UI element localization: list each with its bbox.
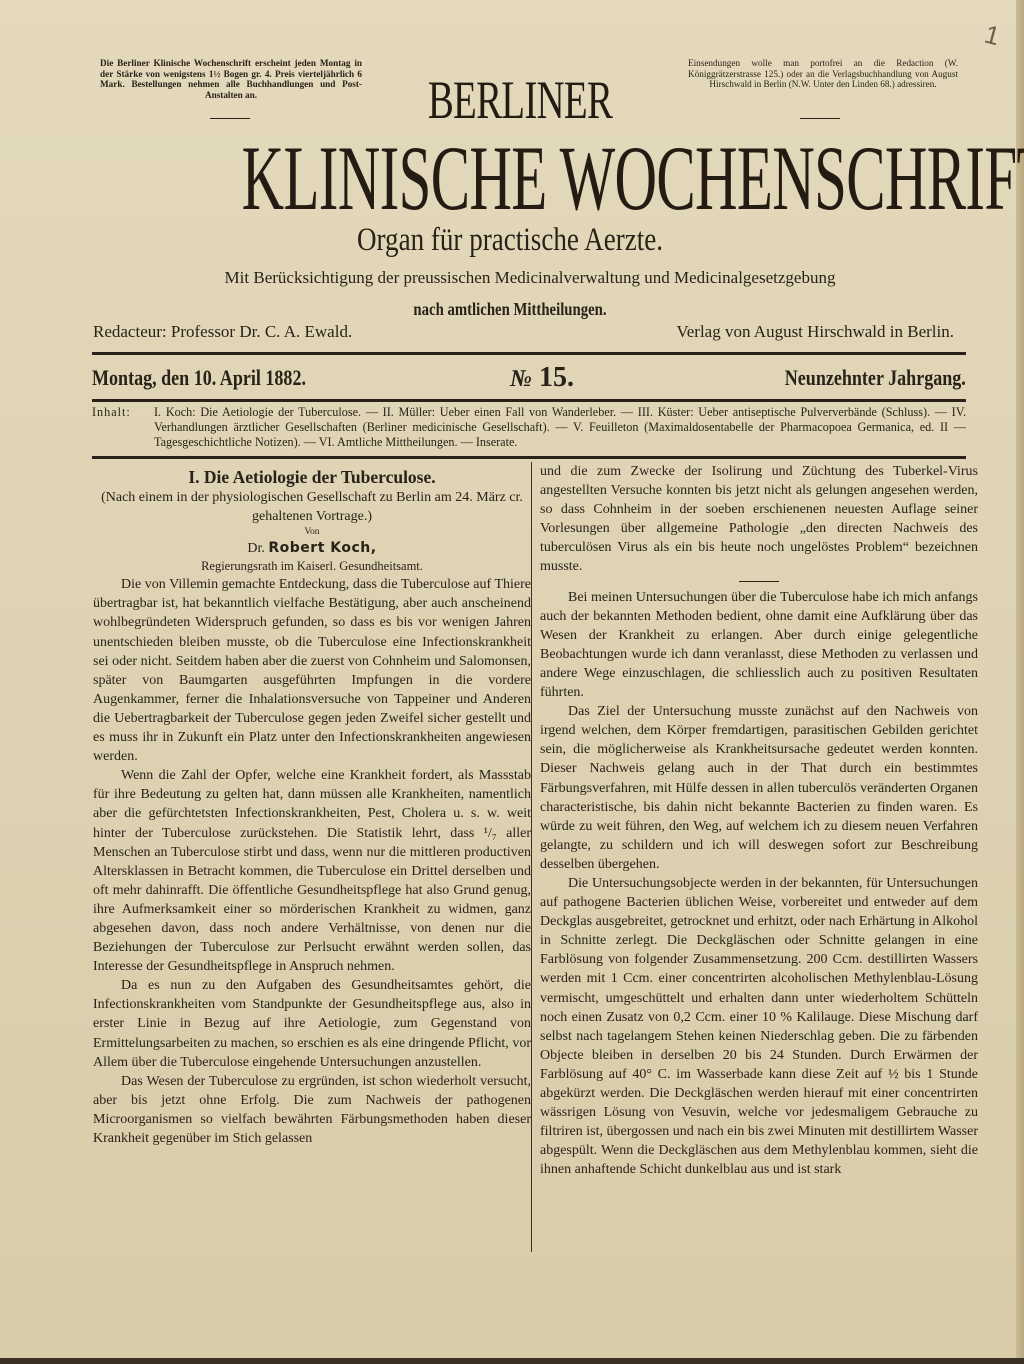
contents-rule-bottom xyxy=(92,456,966,459)
byline-von: Von xyxy=(93,526,531,539)
divider xyxy=(210,118,250,119)
paragraph: Das Wesen der Tuberculose zu ergründen, … xyxy=(93,1072,531,1148)
editor-line: Redacteur: Professor Dr. C. A. Ewald. xyxy=(93,322,352,342)
author-affiliation: Regierungsrath im Kaiserl. Gesundheitsam… xyxy=(93,558,531,575)
masthead-tagline: Mit Berücksichtigung der preussischen Me… xyxy=(100,268,960,288)
column-divider xyxy=(531,462,532,1252)
table-of-contents: Inhalt: I. Koch: Die Aetiologie der Tube… xyxy=(92,405,966,450)
article-column-right: und die zum Zwecke der Isolirung und Züc… xyxy=(540,462,978,1179)
article-note: (Nach einem in der physiologischen Gesel… xyxy=(93,488,531,526)
paragraph: und die zum Zwecke der Isolirung und Züc… xyxy=(540,462,978,577)
author-name: Robert Koch, xyxy=(268,540,376,556)
contents-rule-top xyxy=(92,399,966,402)
volume-year: Neunzehnter Jahrgang. xyxy=(785,365,966,391)
issue-date: Montag, den 10. April 1882. xyxy=(92,365,306,391)
submission-notice: Einsendungen wolle man portofrei an die … xyxy=(688,58,958,90)
divider xyxy=(800,118,840,119)
masthead-title: KLINISCHE WOCHENSCHRIFT. xyxy=(242,130,799,226)
header-rule xyxy=(92,352,966,355)
paragraph: Bei meinen Untersuchungen über die Tuber… xyxy=(540,588,978,703)
newspaper-page: 1 Die Berliner Klinische Wochenschrift e… xyxy=(0,0,1024,1364)
article-author: Dr. Robert Koch, xyxy=(93,539,531,558)
paragraph: Die Untersuchungsobjecte werden in der b… xyxy=(540,874,978,1180)
author-prefix: Dr. xyxy=(247,541,265,556)
page-bottom-edge xyxy=(0,1358,1024,1364)
paragraph: Da es nun zu den Aufgaben des Gesundheit… xyxy=(93,976,531,1071)
masthead-tagline-2: nach amtlichen Mittheilungen. xyxy=(338,299,682,320)
pencil-page-mark: 1 xyxy=(981,19,1003,53)
article-column-left: I. Die Aetiologie der Tuberculose. (Nach… xyxy=(93,462,531,1148)
publisher-line: Verlag von August Hirschwald in Berlin. xyxy=(676,322,954,342)
issue-number-value: 15. xyxy=(539,362,574,393)
issue-number: № 15. xyxy=(482,365,602,392)
contents-text: I. Koch: Die Aetiologie der Tuberculose.… xyxy=(154,405,966,450)
paragraph: Die von Villemin gemachte Entdeckung, da… xyxy=(93,575,531,766)
paragraph: Wenn die Zahl der Opfer, welche eine Kra… xyxy=(93,766,531,976)
masthead-berliner: BERLINER xyxy=(426,72,613,128)
subscription-notice: Die Berliner Klinische Wochenschrift ers… xyxy=(100,58,362,100)
masthead-subtitle: Organ für practische Aerzte. xyxy=(256,222,764,258)
paragraph: Das Ziel der Untersuchung musste zunächs… xyxy=(540,702,978,874)
contents-label: Inhalt: xyxy=(92,405,154,420)
divider xyxy=(739,581,779,582)
number-symbol: № xyxy=(510,366,532,392)
article-title: I. Die Aetiologie der Tuberculose. xyxy=(93,466,531,488)
